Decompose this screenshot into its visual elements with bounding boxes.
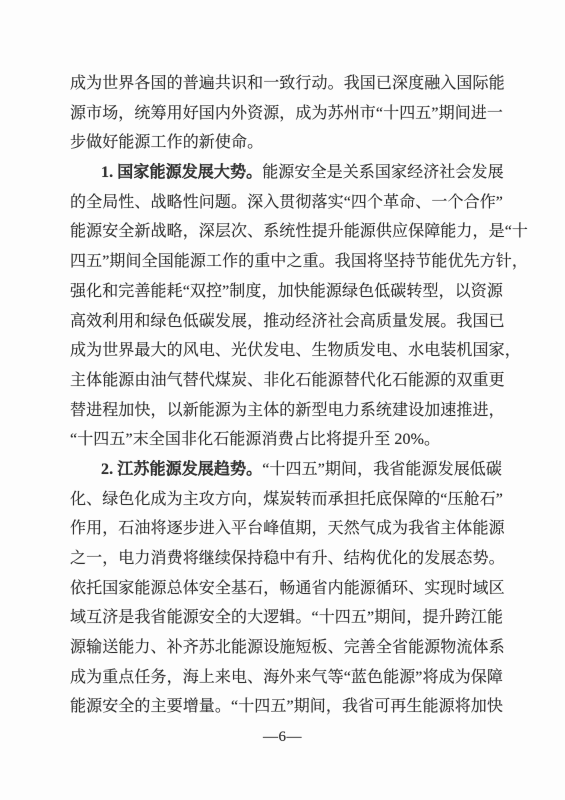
text-line: “十四五”末全国非化石能源消费占比将提升至 20%。: [70, 425, 507, 455]
line-text: “十四五”末全国非化石能源消费占比将提升至 20%。: [70, 431, 440, 448]
line-text: 成为世界最大的风电、光伏发电、生物质发电、水电装机国家，: [70, 342, 521, 359]
line-text: 成为世界各国的普遍共识和一致行动。我国已深度融入国际能: [70, 75, 505, 92]
text-line: 能源安全的主要增量。“十四五”期间，我省可再生能源将加快: [70, 692, 507, 722]
section-heading-line: 2. 江苏能源发展趋势。“十四五”期间，我省能源发展低碳: [70, 455, 507, 485]
text-line: 主体能源由油气替代煤炭、非化石能源替代化石能源的双重更: [70, 366, 507, 396]
text-line: 成为重点任务，海上来电、海外来气等“蓝色能源”将成为保障: [70, 663, 507, 693]
document-page: 成为世界各国的普遍共识和一致行动。我国已深度融入国际能 源市场，统筹用好国内外资…: [0, 0, 565, 800]
text-line: 的全局性、战略性问题。深入贯彻落实“四个革命、一个合作”: [70, 188, 507, 218]
line-text: 步做好能源工作的新使命。: [70, 134, 263, 151]
section-heading-line: 1. 国家能源发展大势。能源安全是关系国家经济社会发展: [70, 158, 507, 188]
line-text: 依托国家能源总体安全基石，畅通省内能源循环、实现时域区: [70, 580, 505, 597]
text-line: 成为世界各国的普遍共识和一致行动。我国已深度融入国际能: [70, 69, 507, 99]
line-text: 高效利用和绿色低碳发展，推动经济社会高质量发展。我国已: [70, 313, 505, 330]
text-line: 源市场，统筹用好国内外资源，成为苏州市“十四五”期间进一: [70, 99, 507, 129]
text-line: 之一，电力消费将继续保持稳中有升、结构优化的发展态势。: [70, 544, 507, 574]
text-line: 源输送能力、补齐苏北能源设施短板、完善全省能源物流体系: [70, 633, 507, 663]
line-text: 替进程加快，以新能源为主体的新型电力系统建设加速推进，: [70, 402, 505, 419]
text-line: 域互济是我省能源安全的大逻辑。“十四五”期间，提升跨江能: [70, 603, 507, 633]
text-line: 步做好能源工作的新使命。: [70, 128, 507, 158]
line-text: 能源安全新战略，深层次、系统性提升能源供应保障能力，是“十: [70, 223, 528, 240]
text-line: 能源安全新战略，深层次、系统性提升能源供应保障能力，是“十: [70, 217, 507, 247]
line-text: 之一，电力消费将继续保持稳中有升、结构优化的发展态势。: [70, 550, 505, 567]
text-line: 成为世界最大的风电、光伏发电、生物质发电、水电装机国家，: [70, 336, 507, 366]
text-line: 化、绿色化成为主攻方向，煤炭转而承担托底保障的“压舱石”: [70, 485, 507, 515]
line-text: 成为重点任务，海上来电、海外来气等“蓝色能源”将成为保障: [70, 669, 503, 686]
line-text: 源输送能力、补齐苏北能源设施短板、完善全省能源物流体系: [70, 639, 505, 656]
text-line: 替进程加快，以新能源为主体的新型电力系统建设加速推进，: [70, 396, 507, 426]
line-text: “十四五”期间，我省能源发展低碳: [262, 461, 502, 478]
line-text: 源市场，统筹用好国内外资源，成为苏州市“十四五”期间进一: [70, 105, 503, 122]
text-line: 四五”期间全国能源工作的重中之重。我国将坚持节能优先方针，: [70, 247, 507, 277]
line-text: 的全局性、战略性问题。深入贯彻落实“四个革命、一个合作”: [70, 194, 503, 211]
page-number: —6—: [0, 723, 565, 752]
section-heading: 1. 国家能源发展大势。: [101, 164, 262, 181]
line-text: 化、绿色化成为主攻方向，煤炭转而承担托底保障的“压舱石”: [70, 491, 503, 508]
text-line: 依托国家能源总体安全基石，畅通省内能源循环、实现时域区: [70, 574, 507, 604]
text-line: 强化和完善能耗“双控”制度，加快能源绿色低碳转型，以资源: [70, 277, 507, 307]
line-text: 能源安全的主要增量。“十四五”期间，我省可再生能源将加快: [70, 698, 503, 715]
line-text: 域互济是我省能源安全的大逻辑。“十四五”期间，提升跨江能: [70, 609, 503, 626]
text-line: 作用，石油将逐步进入平台峰值期，天然气成为我省主体能源: [70, 514, 507, 544]
section-heading: 2. 江苏能源发展趋势。: [101, 461, 262, 478]
line-text: 四五”期间全国能源工作的重中之重。我国将坚持节能优先方针，: [70, 253, 528, 270]
body-text: 成为世界各国的普遍共识和一致行动。我国已深度融入国际能 源市场，统筹用好国内外资…: [70, 69, 507, 722]
line-text: 作用，石油将逐步进入平台峰值期，天然气成为我省主体能源: [70, 520, 505, 537]
line-text: 强化和完善能耗“双控”制度，加快能源绿色低碳转型，以资源: [70, 283, 503, 300]
line-text: 主体能源由油气替代煤炭、非化石能源替代化石能源的双重更: [70, 372, 505, 389]
line-text: 能源安全是关系国家经济社会发展: [262, 164, 504, 181]
text-line: 高效利用和绿色低碳发展，推动经济社会高质量发展。我国已: [70, 307, 507, 337]
